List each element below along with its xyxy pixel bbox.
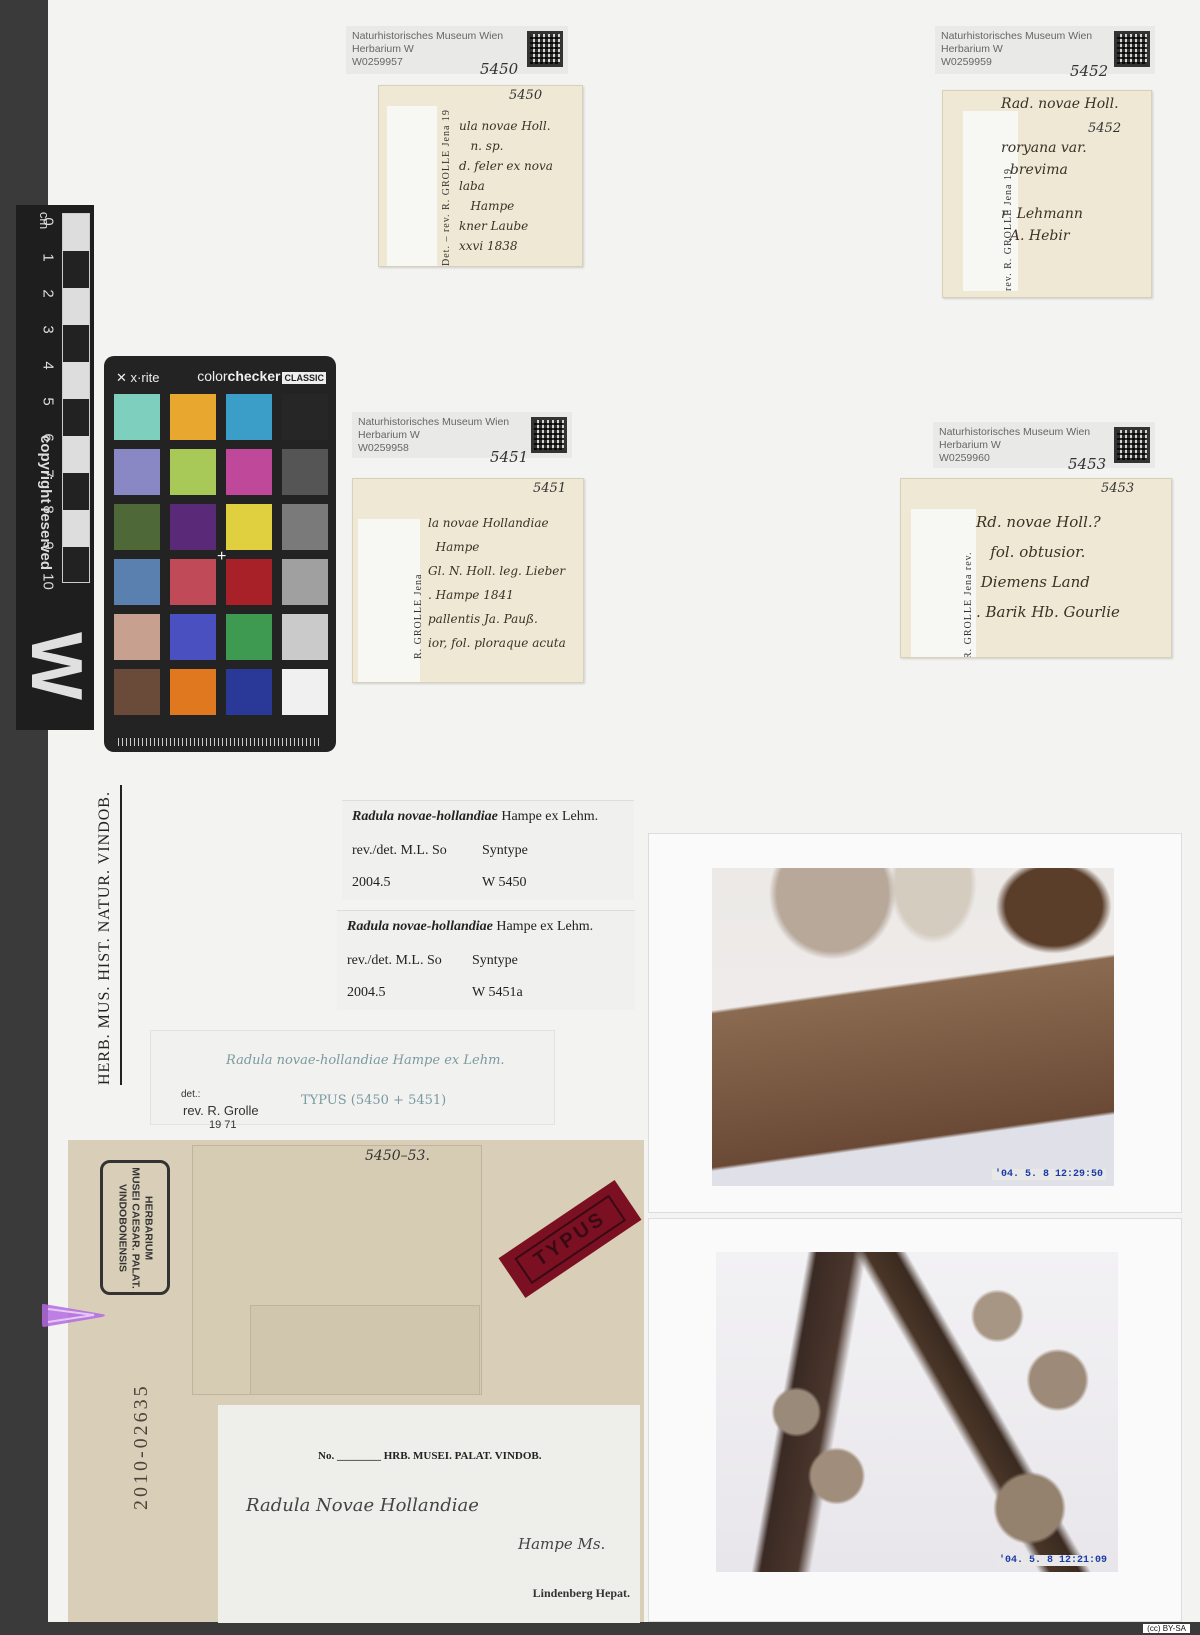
color-swatch [114, 669, 160, 715]
packet-number: 5450 [509, 88, 542, 103]
ruler-tick-label: 2 [40, 284, 57, 304]
qr-code-icon [527, 31, 563, 67]
specimen-packet-5450[interactable]: 5450 Det. – rev. R. GROLLE Jena 19 ula n… [378, 85, 583, 267]
specimen-packet-5453[interactable]: 5453 R. GROLLE Jena rev. Rd. novae Holl.… [900, 478, 1172, 658]
species-author: Hampe ex Lehm. [496, 919, 593, 934]
color-swatch [114, 394, 160, 440]
handwritten-label: Rad. novae Holl. roryana var. brevima r … [1001, 93, 1119, 247]
color-swatch [114, 449, 160, 495]
color-swatch [226, 669, 272, 715]
micrograph-1[interactable]: '04. 5. 8 12:29:50 [712, 868, 1114, 1186]
color-swatch [282, 504, 328, 550]
grolle-revision-label: Radula novae-hollandiae Hampe ex Lehm. d… [150, 1030, 555, 1125]
type-status: Syntype [472, 953, 518, 969]
xrite-logo: ✕ x·rite [116, 370, 159, 386]
ruler-tick-label: 4 [40, 356, 57, 376]
color-swatch [226, 559, 272, 605]
color-swatch [226, 614, 272, 660]
colorchecker-title: colorcheckerCLASSIC [197, 368, 326, 384]
ruler-scale-bar [62, 213, 90, 583]
species-italic: Radula novae-hollandiae [352, 809, 498, 824]
ruler-tick-label: 0 [40, 212, 57, 232]
ruler-tick-label: 1 [40, 248, 57, 268]
revdet: rev./det. M.L. So [347, 953, 442, 969]
color-swatch [170, 504, 216, 550]
revision-year: 19 71 [209, 1119, 237, 1131]
typus-note: TYPUS (5450 + 5451) [301, 1093, 446, 1108]
title-light: color [197, 368, 227, 384]
collection-name: Lindenberg Hepat. [533, 1586, 630, 1601]
color-checker-card: ✕ x·rite colorcheckerCLASSIC + [104, 356, 336, 752]
copyright-text: copyright reserved [37, 435, 54, 570]
determination-slip [387, 106, 437, 267]
color-swatch [226, 394, 272, 440]
w-logo: W [15, 632, 97, 700]
photo-timestamp: '04. 5. 8 12:29:50 [992, 1169, 1106, 1180]
photo-timestamp: '04. 5. 8 12:21:09 [996, 1555, 1110, 1566]
registration-number: 2010-02635 [130, 1383, 153, 1510]
paper-clip-icon [42, 1300, 108, 1330]
original-printed-label: No. ________ HRB. MUSEI. PALAT. VINDOB. … [218, 1405, 640, 1623]
grolle-stamp: R. GROLLE Jena [413, 519, 424, 659]
color-swatch [114, 504, 160, 550]
revision-label-5450: Radula novae-hollandiae Hampe ex Lehm. r… [342, 800, 634, 900]
color-swatch [282, 559, 328, 605]
mm-scale [118, 738, 322, 746]
species-author: Hampe ex Lehm. [501, 809, 598, 824]
color-swatch [282, 394, 328, 440]
handwritten-number: 5452 [1070, 62, 1108, 80]
grolle-stamp: Det. – rev. R. GROLLE Jena 19 [441, 106, 452, 266]
color-swatch [282, 449, 328, 495]
color-swatch [170, 669, 216, 715]
reviser: rev. R. Grolle [183, 1103, 259, 1118]
color-swatch [170, 559, 216, 605]
revision-date: 2004.5 [347, 985, 386, 1001]
revision-label-5451a: Radula novae-hollandiae Hampe ex Lehm. r… [337, 910, 635, 1010]
species-italic: Radula novae-hollandiae [347, 919, 493, 934]
barcode-label-4: Naturhistorisches Museum Wien Herbarium … [933, 422, 1155, 468]
brand-name: x·rite [131, 370, 160, 385]
color-swatch [114, 559, 160, 605]
revdet: rev./det. M.L. So [352, 843, 447, 859]
packet-number: 5452 [1088, 121, 1121, 136]
specimen-number: W 5451a [472, 985, 523, 1001]
color-swatch [226, 449, 272, 495]
type-status: Syntype [482, 843, 528, 859]
handwritten-number: 5450 [480, 60, 518, 78]
color-swatch [282, 669, 328, 715]
envelope-number: 5450–53. [365, 1148, 430, 1164]
handwritten-number: 5453 [1068, 455, 1106, 473]
specimen-packet-5451[interactable]: 5451 R. GROLLE Jena la novae Hollandiae … [352, 478, 584, 683]
handwritten-label: ula novae Holl. n. sp. d. feler ex nova … [459, 116, 553, 256]
ruler-tick-label: 3 [40, 320, 57, 340]
qr-code-icon [1114, 427, 1150, 463]
color-swatch [170, 449, 216, 495]
license-badge: (cc) BY-SA [1143, 1624, 1190, 1633]
color-swatch [170, 614, 216, 660]
color-swatch [226, 504, 272, 550]
color-swatch [170, 394, 216, 440]
barcode-label-1: Naturhistorisches Museum Wien Herbarium … [346, 26, 568, 74]
packet-number: 5451 [533, 481, 566, 496]
ruler-tick-label: 10 [40, 572, 57, 592]
determination-slip [358, 519, 420, 683]
species-name: Radula novae-hollandiae Hampe ex Lehm. [347, 919, 593, 935]
micrograph-2[interactable]: '04. 5. 8 12:21:09 [716, 1252, 1118, 1572]
title-bold: checker [228, 368, 281, 384]
handwritten-species: Radula Novae Hollandiae [246, 1495, 479, 1516]
qr-code-icon [1114, 31, 1150, 67]
color-swatch [282, 614, 328, 660]
envelope-pocket [250, 1305, 480, 1395]
classic-badge: CLASSIC [282, 372, 326, 384]
handwritten-species: Radula novae-hollandiae Hampe ex Lehm. [226, 1053, 505, 1068]
handwritten-label: la novae Hollandiae Hampe Gl. N. Holl. l… [428, 511, 566, 655]
qr-code-icon [531, 417, 567, 453]
cm-scale-ruler: cm 0 1 2 3 4 5 6 7 8 9 10 copyright rese… [16, 205, 94, 730]
packet-number: 5453 [1101, 481, 1134, 496]
specimen-number: W 5450 [482, 875, 526, 891]
handwritten-label: Rd. novae Holl.? fol. obtusior. Diemens … [976, 507, 1120, 627]
herbarium-header-text: HERB. MUS. HIST. NATUR. VINDOB. [96, 791, 114, 1085]
crosshair-icon: + [217, 548, 226, 566]
barcode-label-3: Naturhistorisches Museum Wien Herbarium … [352, 412, 572, 458]
species-name: Radula novae-hollandiae Hampe ex Lehm. [352, 809, 598, 825]
handwritten-author: Hampe Ms. [518, 1535, 605, 1553]
xrite-icon: ✕ [116, 370, 127, 385]
grolle-stamp: R. GROLLE Jena rev. [963, 509, 974, 658]
handwritten-number: 5451 [490, 448, 528, 466]
stamp-text: HERBARIUM MUSEI CAESAR. PALAT. VINDOBONE… [116, 1167, 155, 1289]
barcode-label-2: Naturhistorisches Museum Wien Herbarium … [935, 26, 1155, 74]
herbarium-stamp: HERBARIUM MUSEI CAESAR. PALAT. VINDOBONE… [100, 1160, 170, 1295]
det-prefix: det.: [181, 1089, 200, 1100]
ruler-tick-label: 5 [40, 392, 57, 412]
herbarium-header: HERB. MUS. HIST. NATUR. VINDOB. [96, 785, 122, 1085]
color-swatch [114, 614, 160, 660]
specimen-packet-5452[interactable]: rev. R. GROLLE Jena 19 Rad. novae Holl. … [942, 90, 1152, 298]
revision-date: 2004.5 [352, 875, 391, 891]
label-header: No. ________ HRB. MUSEI. PALAT. VINDOB. [318, 1450, 541, 1462]
